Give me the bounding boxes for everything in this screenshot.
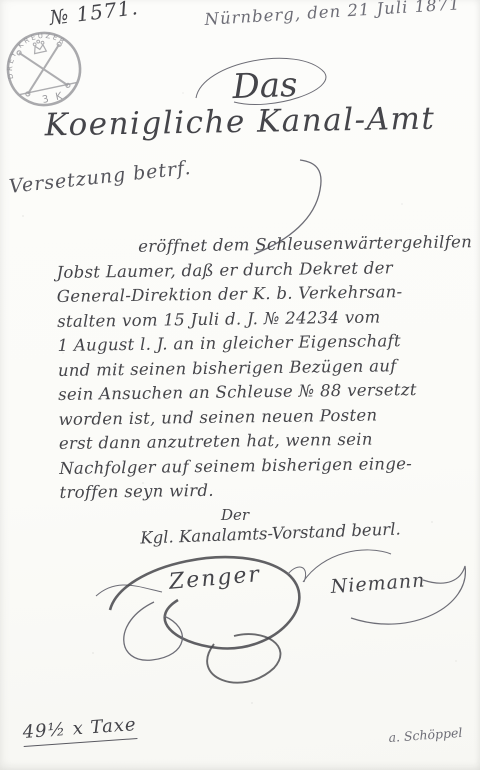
title-line1: Das — [199, 64, 330, 109]
tax-note: 49½ x Taxe — [22, 714, 138, 747]
tax-note-text: 49½ x Taxe — [22, 714, 138, 747]
document-page: № 1571. Nürnberg, den 21 Juli 1871 DREY … — [0, 0, 480, 770]
paper-speckles — [0, 0, 2, 2]
crossed-scepters-icon — [17, 42, 71, 96]
body-line: troffen seyn wird. — [59, 475, 469, 505]
dateline: Nürnberg, den 21 Juli 1871 — [204, 0, 461, 29]
clerk-note: a. Schöppel — [388, 725, 463, 745]
title-line2: Koenigliche Kanal-Amt — [30, 100, 451, 143]
body-paragraph: eröffnet dem Schleusenwärtergehilfen Job… — [56, 230, 470, 505]
subject-line: Versetzung betrf. — [8, 157, 192, 198]
three-kreuzer-revenue-stamp: DREY KREUZER 3 K. — [0, 18, 93, 119]
closing-salutation: Der — [190, 506, 280, 524]
